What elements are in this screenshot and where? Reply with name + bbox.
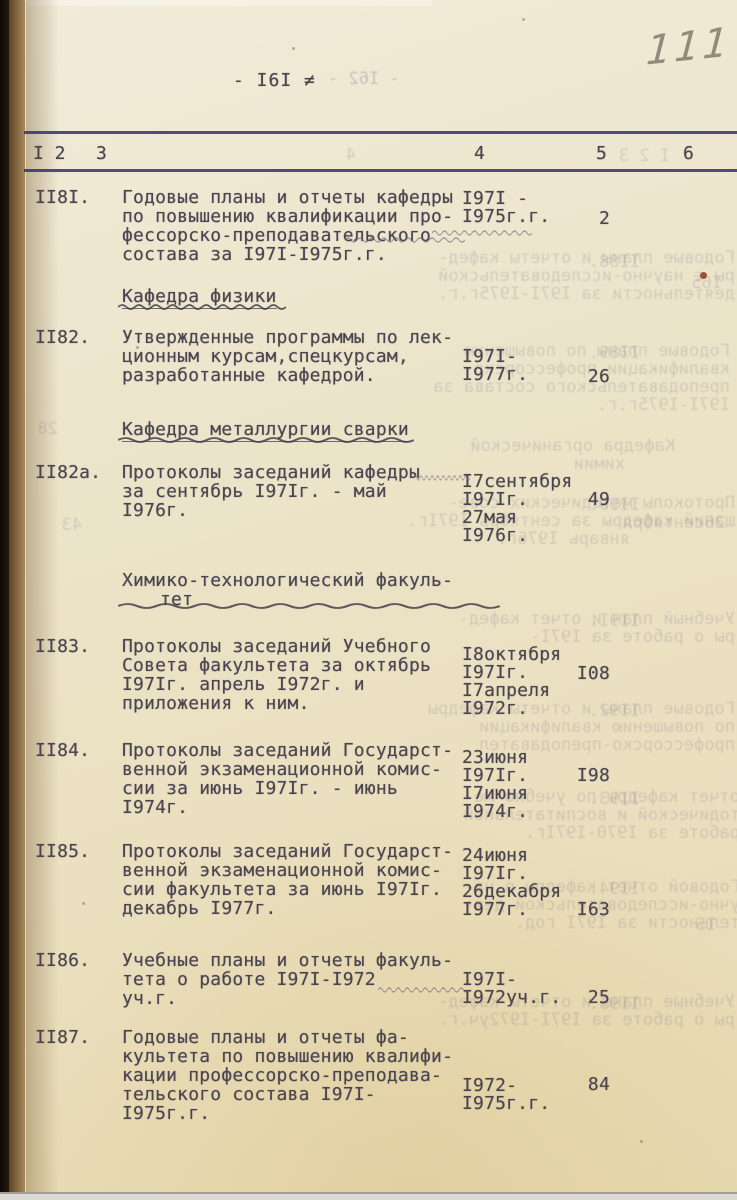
table-row: II85. Протоколы заседаний Государст- вен…: [35, 842, 610, 919]
bleedthrough-text: Учебный план и отчет кафед-: [405, 610, 735, 628]
table-row: II82а. Протоколы заседаний кафедры за се…: [35, 463, 610, 545]
bleedthrough-text: I 2 3: [550, 147, 670, 165]
entry-dates: I8октября I97Iг. I7апреля I972г.: [462, 637, 570, 718]
entry-description: Протоколы заседаний кафедры за сентябрь …: [122, 463, 462, 545]
bleedthrough-text: по повышению квалификации: [400, 718, 735, 736]
scan-bottom-edge: [0, 1192, 737, 1200]
entry-dates: I7сентября I97Iг. 27мая I976г.: [462, 463, 570, 545]
entry-count: 26: [570, 328, 610, 386]
bleedthrough-text: работе за I970-I97Iг.: [410, 824, 737, 842]
bleedthrough-text: I97I-I975г.г.: [400, 396, 730, 414]
entry-number: II82а.: [35, 463, 122, 545]
entry-description: Протоколы заседаний Учебного Совета факу…: [122, 637, 462, 718]
handwritten-folio-number: 111: [645, 19, 733, 75]
red-ink-dot: [700, 272, 707, 279]
wavy-underline-chem-faculty: [118, 602, 500, 610]
column-header-1-2: I 2: [33, 143, 66, 164]
bleedthrough-text: ры о работе за I97I-I972уч.г.: [405, 1011, 735, 1029]
header-rule-top: [24, 131, 737, 134]
paper-speck: [136, 346, 139, 349]
entry-number: II82.: [35, 328, 122, 386]
entry-count: 84: [570, 1028, 610, 1123]
entry-description: Протоколы заседаний Государст- венной эк…: [122, 741, 462, 821]
column-header-3: 3: [96, 143, 107, 164]
entry-number: II85.: [35, 842, 122, 919]
entry-description: Утвержденные программы по лек- ционным к…: [122, 328, 462, 386]
paper-speck: [640, 1140, 643, 1143]
column-header-4: 4: [474, 143, 485, 164]
column-header-5: 5: [596, 143, 607, 164]
entry-description: Годовые планы и отчеты кафедры по повыше…: [122, 188, 462, 264]
book-gutter: [9, 0, 25, 1200]
paper-speck: [522, 18, 525, 21]
entry-number: II84.: [35, 741, 122, 821]
table-row: II83. Протоколы заседаний Учебного Совет…: [35, 637, 610, 718]
pen-squiggle-1181-desc: [345, 236, 465, 244]
entry-number: II87.: [35, 1028, 122, 1123]
bleedthrough-text: 26сентября: [615, 514, 725, 532]
table-row: II84. Протоколы заседаний Государст- вен…: [35, 741, 610, 821]
scanned-archive-page: { "document": { "handwritten_folio": "11…: [0, 0, 737, 1200]
bleedthrough-count: 28: [28, 420, 58, 438]
entry-count: 2: [570, 188, 610, 264]
entry-number: II83.: [35, 637, 122, 718]
bleedthrough-entry-number: II9I.: [585, 612, 640, 630]
entry-count: 49: [570, 463, 610, 545]
paper-speck: [292, 47, 295, 50]
entry-count: I98: [570, 741, 610, 821]
typed-page-number: - I6I ≠: [233, 70, 316, 91]
entry-description: Протоколы заседаний Государст- венной эк…: [122, 842, 462, 919]
entry-dates: I97I- I977г.: [462, 328, 570, 386]
entry-count: I63: [570, 842, 610, 919]
column-header-6: 6: [683, 143, 694, 164]
entry-description: Учебные планы и отчеты факуль- тета о ра…: [122, 951, 462, 1008]
entry-dates: 24июня I97Iг. 26декабря I977г.: [462, 842, 570, 919]
paper-top-edge: [12, 0, 432, 6]
paper-speck: [82, 902, 85, 905]
bleedthrough-text: Кафедра органической: [435, 437, 675, 455]
entry-number: II86.: [35, 951, 122, 1008]
bleedthrough-page-number: - I62 -: [328, 70, 400, 88]
table-row: II82. Утвержденные программы по лек- цио…: [35, 328, 610, 386]
entry-number: II8I.: [35, 188, 122, 264]
entry-description: Годовые планы и отчеты фа- культета по п…: [122, 1028, 462, 1123]
pen-squiggle-1181-dates: [432, 229, 532, 237]
scan-dark-edge: [0, 0, 9, 1200]
entry-dates: I972- I975г.г.: [462, 1028, 570, 1123]
table-row: II8I. Годовые планы и отчеты кафедры по …: [35, 188, 610, 264]
entry-dates: 23июня I97Iг. I7июня I974г.: [462, 741, 570, 821]
gutter-shadow: [25, 0, 59, 1192]
entry-dates: I97I- I972уч.г.: [462, 951, 570, 1008]
pen-squiggle-1186: [378, 986, 468, 994]
wavy-underline-metallurgy: [118, 436, 414, 444]
header-rule-bottom: [24, 169, 737, 172]
entry-count: 25: [570, 951, 610, 1008]
entry-count: I08: [570, 637, 610, 718]
pen-squiggle-1182a: [414, 474, 470, 482]
bleedthrough-count: I5: [688, 916, 716, 934]
bleedthrough-text: 4: [336, 146, 356, 164]
table-row: II86. Учебные планы и отчеты факуль- тет…: [35, 951, 610, 1008]
wavy-underline-physics: [118, 303, 286, 311]
table-row: II87. Годовые планы и отчеты фа- культет…: [35, 1028, 610, 1123]
entry-dates: I97I - I975г.г.: [462, 188, 570, 264]
